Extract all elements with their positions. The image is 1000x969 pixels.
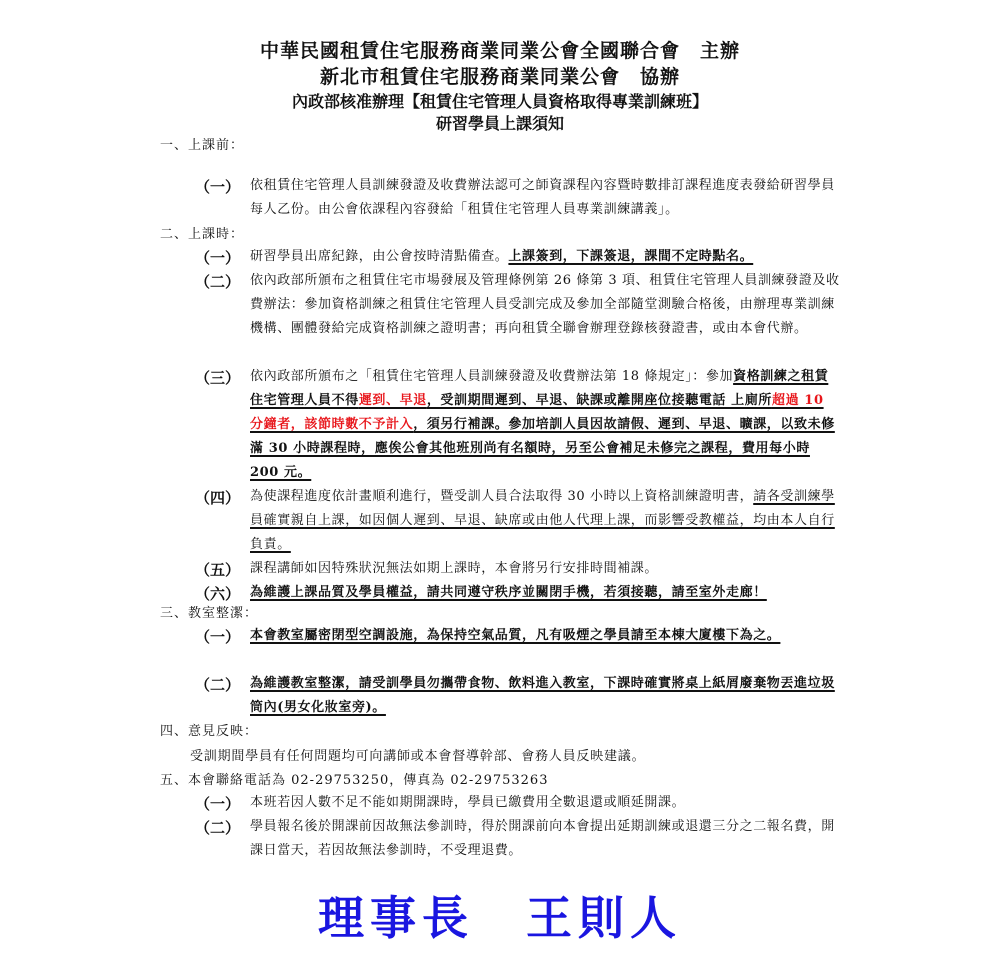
item-text: 依租賃住宅管理人員訓練發證及收費辦法認可之師資課程內容暨時數排訂課程進度表發給研… — [250, 174, 840, 222]
item-number: （一） — [195, 793, 240, 814]
item-number: （六） — [195, 583, 240, 604]
chairman-signature: 理事長 王則人 — [0, 882, 1000, 948]
item-number: （三） — [195, 367, 240, 388]
rule-part: ，受訓期間遲到、早退、缺課或離開座位接聽電話 上廁所 — [427, 393, 772, 408]
feedback-text: 受訓期間學員有任何問題均可向講師或本會督導幹部、會務人員反映建議。 — [190, 745, 645, 764]
organizer-title: 中華民國租賃住宅服務商業同業公會全國聯合會 主辦 — [0, 36, 1000, 63]
item-number: （五） — [195, 559, 240, 580]
notice-title: 研習學員上課須知 — [0, 111, 1000, 134]
item-text: 課程講師如因特殊狀況無法如期上課時，本會將另行安排時間補課。 — [250, 557, 840, 581]
section-4-title: 四、意見反映： — [160, 720, 258, 739]
item-number: （四） — [195, 487, 240, 508]
attendance-rule: 資格訓練之租賃住宅管理人員不得遲到、早退，受訓期間遲到、早退、缺課或離開座位接聽… — [250, 369, 835, 480]
progress-text: 為使課程進度依計畫順利進行，暨受訓人員合法取得 30 小時以上資格訓練證明書， — [250, 489, 753, 504]
smoking-rule: 本會教室屬密閉型空調設施，為保持空氣品質，凡有吸煙之學員請至本棟大廈樓下為之。 — [250, 624, 840, 648]
section-2-title: 二、上課時： — [160, 223, 244, 242]
item-number: （一） — [195, 176, 240, 197]
item-text: 學員報名後於開課前因故無法參訓時，得於開課前向本會提出延期訓練或退還三分之二報名… — [250, 815, 840, 863]
course-title: 內政部核准辦理【租賃住宅管理人員資格取得專業訓練班】 — [0, 89, 1000, 112]
item-text: 本班若因人數不足不能如期開課時，學員已繳費用全數退還或順延開課。 — [250, 791, 840, 815]
item-text: 研習學員出席紀錄，由公會按時清點備查。上課簽到，下課簽退，課間不定時點名。 — [250, 245, 840, 269]
cleanliness-rule: 為維護教室整潔，請受訓學員勿攜帶食物、飲料進入教室，下課時確實將桌上紙屑廢棄物丟… — [250, 672, 840, 720]
item-number: （一） — [195, 626, 240, 647]
co-organizer-title: 新北市租賃住宅服務商業同業公會 協辦 — [0, 62, 1000, 89]
item-number: （二） — [195, 817, 240, 838]
item-text: 為使課程進度依計畫順利進行，暨受訓人員合法取得 30 小時以上資格訓練證明書，請… — [250, 485, 840, 557]
item-number: （二） — [195, 674, 240, 695]
item-text: 依內政部所頒布之租賃住宅市場發展及管理條例第 26 條第 3 項、租賃住宅管理人… — [250, 269, 840, 341]
section-5-contact: 五、本會聯絡電話為 02-29753250，傳真為 02-29753263 — [160, 769, 548, 788]
late-early-warning: 遲到、早退 — [359, 393, 427, 408]
section-3-title: 三、教室整潔： — [160, 602, 258, 621]
item-text: 依內政部所頒布之「租賃住宅管理人員訓練發證及收費辦法第 18 條規定」：參加資格… — [250, 365, 840, 485]
regulation-text: 依內政部所頒布之「租賃住宅管理人員訓練發證及收費辦法第 18 條規定」：參加 — [250, 369, 733, 384]
item-number: （一） — [195, 247, 240, 268]
attendance-text: 研習學員出席紀錄，由公會按時清點備查。 — [250, 249, 508, 264]
phone-rule: 為維護上課品質及學員權益，請共同遵守秩序並關閉手機，若須接聽，請至室外走廊！ — [250, 581, 840, 605]
section-1-title: 一、上課前： — [160, 134, 244, 153]
sign-in-rule: 上課簽到，下課簽退，課間不定時點名。 — [508, 249, 753, 264]
item-number: （二） — [195, 271, 240, 292]
